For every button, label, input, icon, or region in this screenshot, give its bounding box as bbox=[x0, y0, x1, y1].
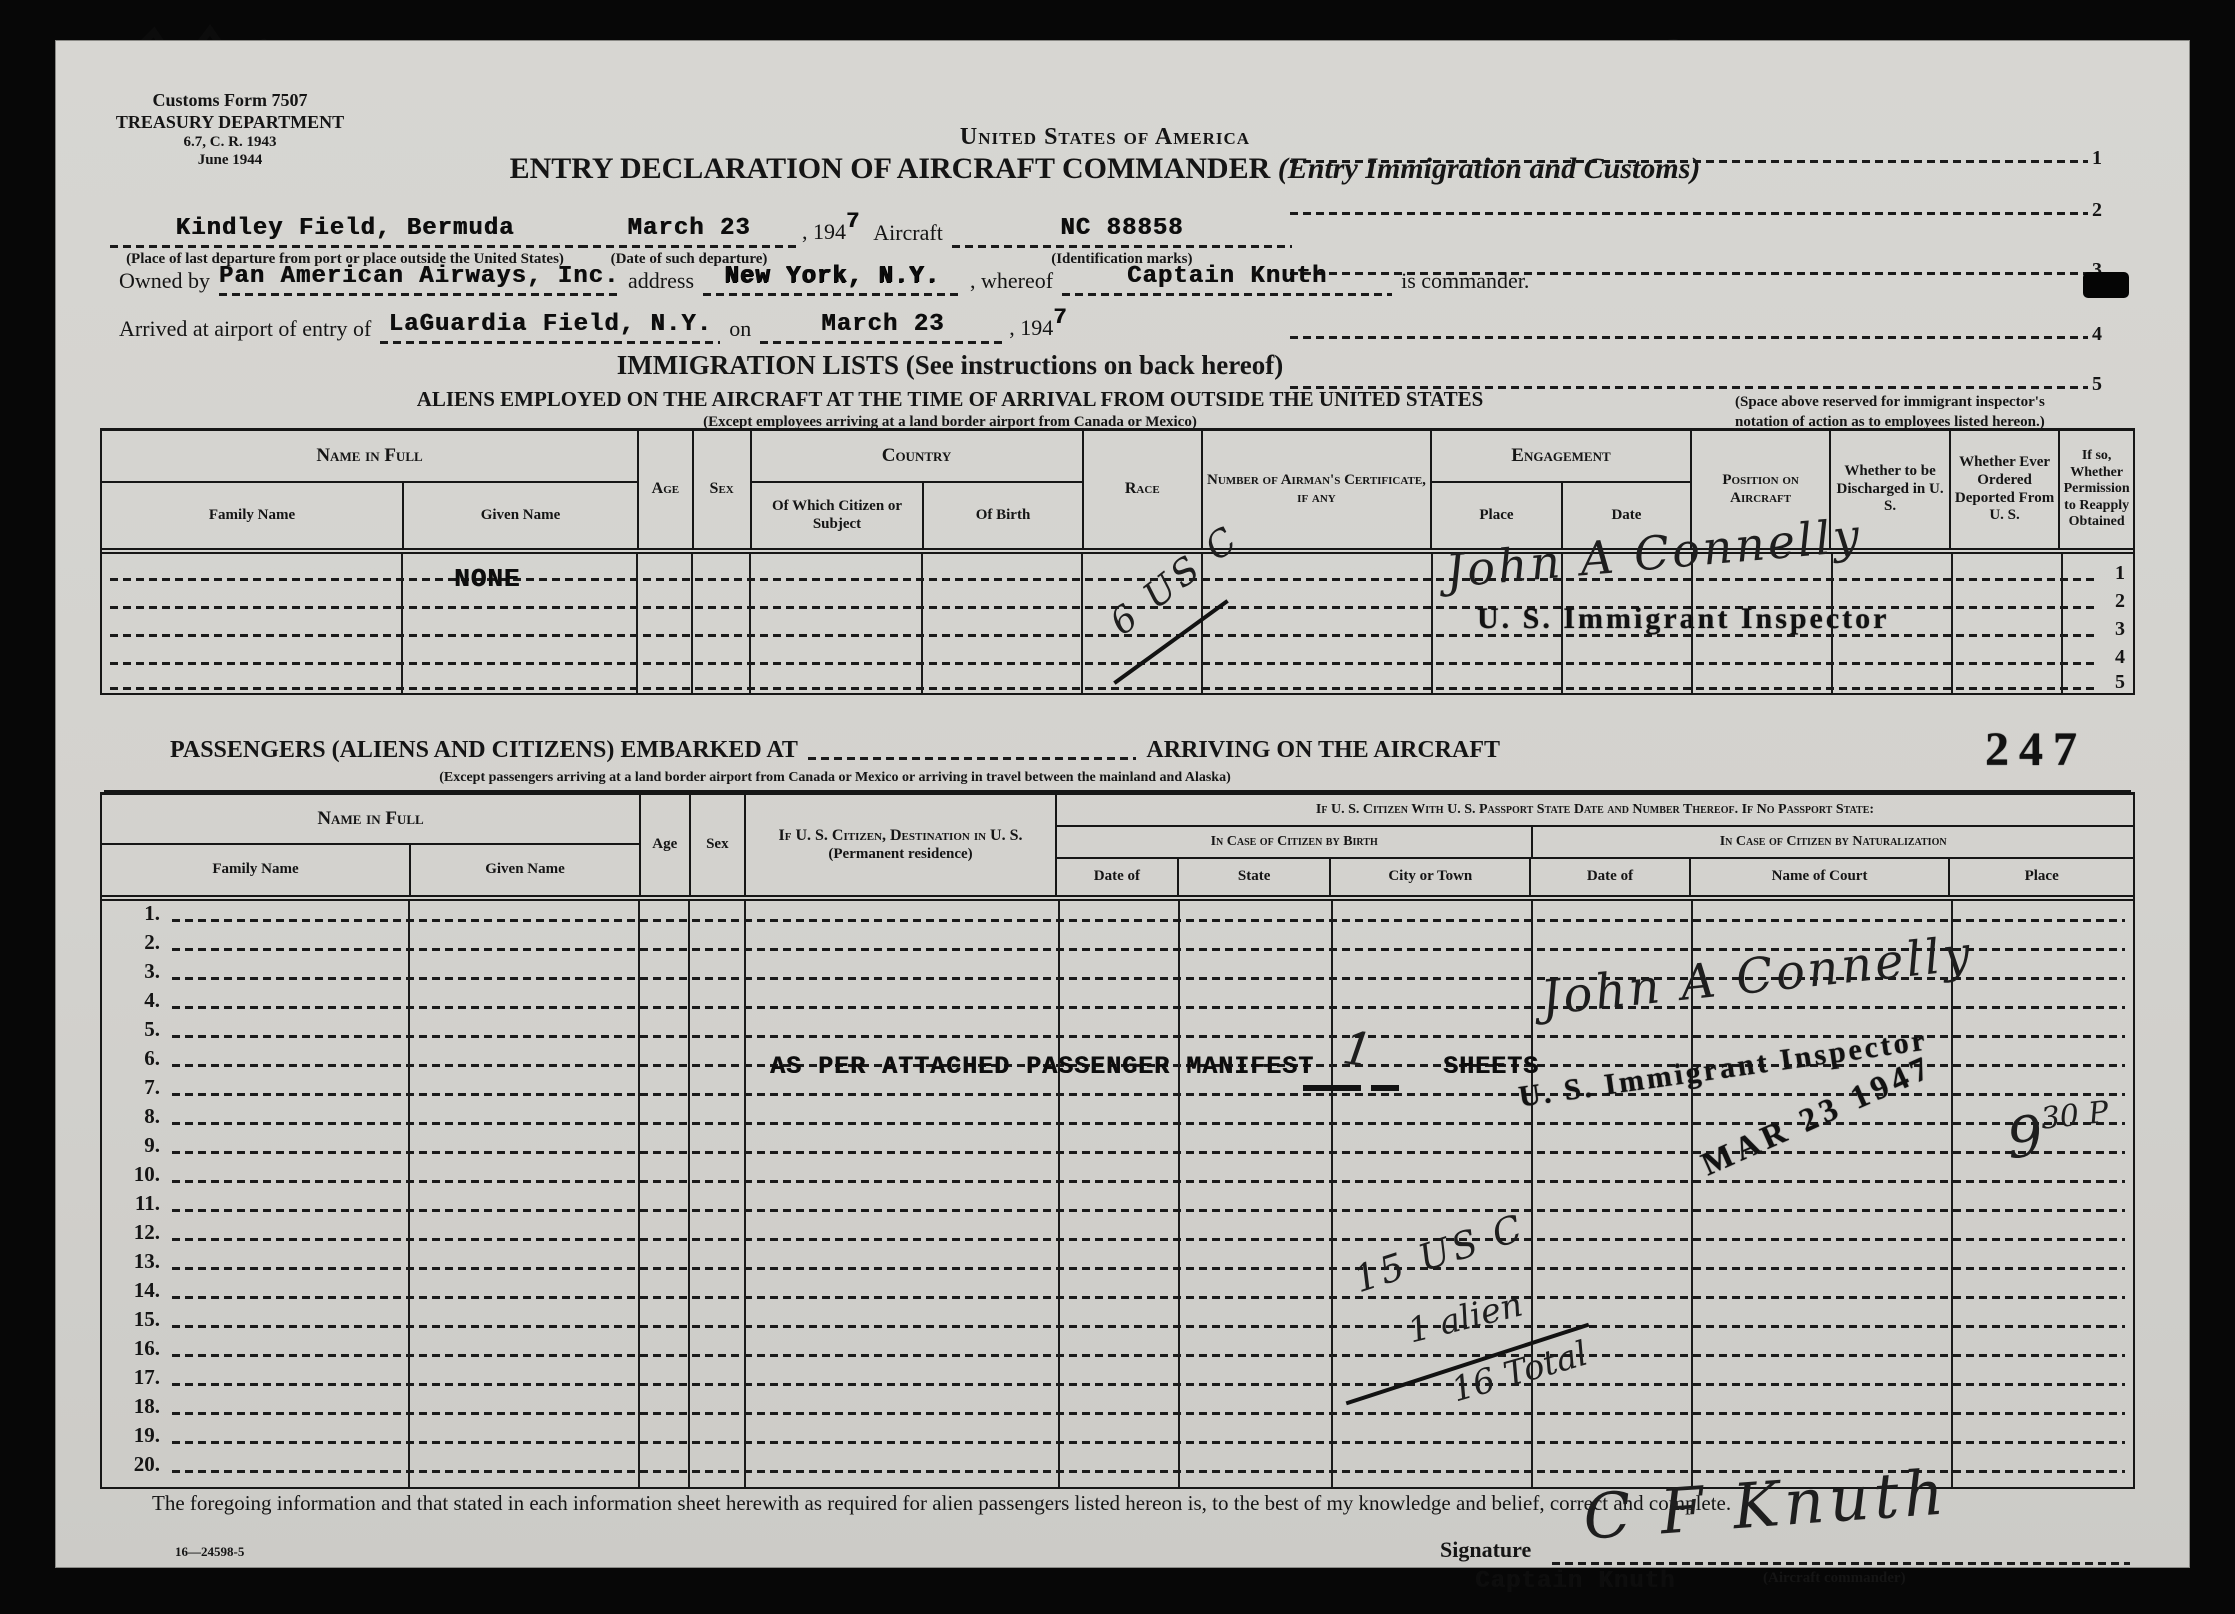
passengers-title-right: ARRIVING ON THE AIRCRAFT bbox=[1146, 737, 1500, 764]
immigration-lists-title: IMMIGRATION LISTS (See instructions on b… bbox=[100, 350, 1800, 381]
row-number: 3. bbox=[114, 959, 160, 984]
given-name-header: Given Name bbox=[402, 483, 637, 548]
dotted-rule bbox=[808, 757, 1136, 760]
row-number: 17. bbox=[114, 1365, 160, 1390]
column-rule bbox=[1531, 901, 1533, 1487]
row-number: 14. bbox=[114, 1278, 160, 1303]
row-number: 18. bbox=[114, 1394, 160, 1419]
departure-place-value: Kindley Field, Bermuda bbox=[176, 215, 515, 242]
col-name-in-full: Name in Full Family Name Given Name bbox=[102, 431, 637, 548]
name-group-header: Name in Full bbox=[102, 431, 637, 483]
immigrant-inspector-stamp-aliens: U. S. Immigrant Inspector bbox=[1477, 602, 1890, 636]
entry-row-rule bbox=[172, 1180, 2125, 1183]
entry-row-rule bbox=[172, 1006, 2125, 1009]
birth-date-header: Date of bbox=[1057, 859, 1177, 895]
passengers-heading: PASSENGERS (ALIENS AND CITIZENS) EMBARKE… bbox=[170, 732, 1500, 766]
margin-number: 1 bbox=[2092, 147, 2102, 170]
entry-row-rule bbox=[172, 1296, 2125, 1299]
print-code: 16—24598-5 bbox=[175, 1544, 244, 1560]
row-number: 13. bbox=[114, 1249, 160, 1274]
entry-row-rule bbox=[172, 1383, 2125, 1386]
race-header: Race bbox=[1082, 431, 1201, 548]
departure-place-field: Kindley Field, Bermuda (Place of last de… bbox=[110, 215, 580, 248]
arrival-airport-field: LaGuardia Field, N.Y. bbox=[380, 311, 720, 344]
row-number: 1. bbox=[114, 901, 160, 926]
entry-row-rule bbox=[172, 1441, 2125, 1444]
line-owner: Owned by Pan American Airways, Inc. addr… bbox=[110, 250, 1538, 296]
passport-group-header: If U. S. Citizen With U. S. Passport Sta… bbox=[1057, 795, 2133, 827]
address-label: address bbox=[619, 268, 703, 294]
departure-year: , 1947 bbox=[798, 219, 864, 246]
row-number: 15. bbox=[114, 1307, 160, 1332]
passengers-table: Name in Full Family Name Given Name Age … bbox=[100, 792, 2135, 1489]
arrival-date-value: March 23 bbox=[821, 311, 944, 338]
whereof-label: , whereof bbox=[961, 268, 1062, 294]
family-name-header: Family Name bbox=[102, 845, 409, 895]
citizen-of-header: Of Which Citizen or Subject bbox=[752, 483, 923, 548]
destination-header-text: If U. S. Citizen, Destination in U. S. bbox=[779, 827, 1023, 846]
dotted-rule bbox=[760, 341, 1005, 344]
inspector-space-note-line1: (Space above reserved for immigrant insp… bbox=[1735, 392, 2145, 412]
col-passport-group: If U. S. Citizen With U. S. Passport Sta… bbox=[1055, 795, 2133, 895]
aircraft-label: Aircraft bbox=[864, 220, 952, 246]
column-rule bbox=[688, 901, 690, 1487]
dotted-rule bbox=[952, 245, 1292, 248]
arrival-date-field: March 23 bbox=[760, 311, 1005, 344]
age-header: Age bbox=[637, 431, 692, 548]
handwritten-time-minutes: 30 P bbox=[2039, 1095, 2110, 1137]
row-number: 16. bbox=[114, 1336, 160, 1361]
birth-of-header: Of Birth bbox=[922, 483, 1081, 548]
entry-row-rule bbox=[172, 1412, 2125, 1415]
naturalization-date-header: Date of bbox=[1529, 859, 1689, 895]
aliens-employed-subtitle: ALIENS EMPLOYED ON THE AIRCRAFT AT THE T… bbox=[100, 387, 1800, 412]
dotted-rule bbox=[380, 341, 720, 344]
commander-typed-name: Captain Knuth bbox=[1475, 1568, 1675, 1595]
naturalization-group-header: In Case of Citizen by Naturalization bbox=[1531, 827, 2133, 857]
inspector-space-note: (Space above reserved for immigrant insp… bbox=[1735, 392, 2145, 433]
aircraft-field: NC 88858 (Identification marks) bbox=[952, 215, 1292, 248]
dotted-rule bbox=[110, 245, 580, 248]
naturalization-place-header: Place bbox=[1948, 859, 2133, 895]
row-number: 12. bbox=[114, 1220, 160, 1245]
entry-row-rule bbox=[172, 919, 2125, 922]
entry-row-rule bbox=[172, 1354, 2125, 1357]
commander-suffix: is commander. bbox=[1392, 268, 1538, 294]
column-rule bbox=[1951, 901, 1953, 1487]
entry-row-rule bbox=[172, 1325, 2125, 1328]
col-destination: If U. S. Citizen, Destination in U. S. (… bbox=[744, 795, 1055, 895]
arrival-airport-value: LaGuardia Field, N.Y. bbox=[389, 311, 712, 338]
entry-row-rule bbox=[110, 687, 2099, 690]
passengers-table-header: Name in Full Family Name Given Name Age … bbox=[102, 795, 2133, 895]
form-page: Customs Form 7507 TREASURY DEPARTMENT 6.… bbox=[55, 40, 2190, 1568]
margin-number: 4 bbox=[2092, 323, 2102, 346]
margin-line-1: 1 bbox=[1290, 140, 2102, 163]
col-country: Country Of Which Citizen or Subject Of B… bbox=[750, 431, 1082, 548]
row-number: 5. bbox=[114, 1017, 160, 1042]
entry-row-rule bbox=[110, 578, 2099, 581]
column-rule bbox=[744, 901, 746, 1487]
naturalization-court-header: Name of Court bbox=[1689, 859, 1949, 895]
departure-date-value: March 23 bbox=[627, 215, 750, 242]
airman-certificate-header: Number of Airman's Certificate, if any bbox=[1201, 431, 1430, 548]
dotted-rule bbox=[1062, 293, 1392, 296]
sheet-count-underline bbox=[1371, 1085, 1399, 1091]
row-number: 10. bbox=[114, 1162, 160, 1187]
line-arrival: Arrived at airport of entry of LaGuardia… bbox=[110, 298, 1072, 344]
dotted-rule bbox=[1290, 212, 2088, 215]
destination-subtext: (Permanent residence) bbox=[828, 846, 972, 864]
handwritten-time: 930 P bbox=[2004, 1097, 2114, 1172]
scanned-entry-declaration: { "scan": { "pencil_top_number": "2" }, … bbox=[0, 0, 2235, 1614]
entry-row-rule bbox=[172, 1151, 2125, 1154]
margin-line-2: 2 bbox=[1290, 192, 2102, 215]
row-number: 2. bbox=[114, 930, 160, 955]
row-number: 7. bbox=[114, 1075, 160, 1100]
column-rule bbox=[2061, 554, 2063, 693]
departure-year-digit: 7 bbox=[846, 209, 860, 234]
arrival-year-digit: 7 bbox=[1053, 305, 1067, 330]
column-rule bbox=[1331, 901, 1333, 1487]
column-rule bbox=[401, 554, 403, 693]
column-rule bbox=[1058, 901, 1060, 1487]
none-entry: NONE bbox=[454, 564, 520, 594]
column-rule bbox=[921, 554, 923, 693]
form-number: Customs Form 7507 bbox=[95, 90, 365, 112]
owner-field: Pan American Airways, Inc. bbox=[219, 263, 619, 296]
margin-number: 2 bbox=[2092, 199, 2102, 222]
dotted-rule bbox=[1290, 336, 2088, 339]
deported-header: Whether Ever Ordered Deported From U. S. bbox=[1949, 431, 2059, 548]
dotted-rule bbox=[1290, 160, 2088, 163]
row-number: 11. bbox=[114, 1191, 160, 1216]
column-rule bbox=[691, 554, 693, 693]
manifest-note: AS PER ATTACHED PASSENGER MANIFEST bbox=[770, 1052, 1314, 1081]
column-rule bbox=[1951, 554, 1953, 693]
margin-line-4: 4 bbox=[1290, 316, 2102, 339]
column-rule bbox=[636, 554, 638, 693]
birth-state-header: State bbox=[1177, 859, 1330, 895]
year-prefix: , 194 bbox=[1009, 315, 1053, 340]
entry-row-rule bbox=[172, 1267, 2125, 1270]
col-name-in-full: Name in Full Family Name Given Name bbox=[102, 795, 639, 895]
age-header: Age bbox=[639, 795, 689, 895]
year-prefix: , 194 bbox=[802, 219, 846, 244]
entry-row-rule bbox=[172, 1238, 2125, 1241]
birth-group-header: In Case of Citizen by Birth bbox=[1057, 827, 1531, 857]
column-rule bbox=[749, 554, 751, 693]
main-title-text: ENTRY DECLARATION OF AIRCRAFT COMMANDER bbox=[510, 152, 1271, 185]
signature-sublabel: (Aircraft commander) bbox=[1763, 1570, 1906, 1587]
sheet-count-underline bbox=[1303, 1085, 1361, 1091]
passengers-title-left: PASSENGERS (ALIENS AND CITIZENS) EMBARKE… bbox=[170, 737, 798, 764]
arrival-label: Arrived at airport of entry of bbox=[110, 316, 380, 342]
row-number: 1 bbox=[2115, 562, 2125, 585]
aircraft-value: NC 88858 bbox=[1060, 215, 1183, 242]
commander-value: Captain Knuth bbox=[1127, 263, 1327, 290]
name-group-header: Name in Full bbox=[102, 795, 639, 845]
passengers-subnote: (Except passengers arriving at a land bo… bbox=[170, 770, 1500, 786]
reapply-header: If so, Whether Permission to Reapply Obt… bbox=[2058, 431, 2133, 548]
row-number: 8. bbox=[114, 1104, 160, 1129]
row-number: 3 bbox=[2115, 618, 2125, 641]
sex-header: Sex bbox=[692, 431, 750, 548]
engagement-group-header: Engagement bbox=[1432, 431, 1690, 483]
given-name-header: Given Name bbox=[409, 845, 639, 895]
row-number: 4 bbox=[2115, 646, 2125, 669]
departure-date-field: March 23 (Date of such departure) bbox=[580, 215, 798, 248]
row-number: 19. bbox=[114, 1423, 160, 1448]
signature-label: Signature bbox=[1440, 1537, 1531, 1563]
ink-blotch bbox=[2083, 272, 2129, 298]
entry-row-rule bbox=[172, 1209, 2125, 1212]
row-number: 4. bbox=[114, 988, 160, 1013]
row-number: 5 bbox=[2115, 671, 2125, 694]
destination-header: If U. S. Citizen, Destination in U. S. (… bbox=[746, 795, 1055, 895]
manifest-note-suffix: SHEETS bbox=[1443, 1052, 1539, 1081]
row-number: 6. bbox=[114, 1046, 160, 1071]
dotted-rule bbox=[219, 293, 619, 296]
entry-row-rule bbox=[110, 662, 2099, 665]
address-field: New York, N.Y. bbox=[703, 263, 961, 296]
column-rule bbox=[1081, 554, 1083, 693]
line-departure: Kindley Field, Bermuda (Place of last de… bbox=[110, 198, 1292, 248]
signature-rule bbox=[1552, 1562, 2130, 1565]
row-number: 2 bbox=[2115, 590, 2125, 613]
commander-field: Captain Knuth bbox=[1062, 263, 1392, 296]
column-rule bbox=[638, 901, 640, 1487]
row-number: 9. bbox=[114, 1133, 160, 1158]
birth-city-header: City or Town bbox=[1329, 859, 1529, 895]
owner-value: Pan American Airways, Inc. bbox=[219, 263, 619, 290]
page-number-stamp: 247 bbox=[1985, 722, 2087, 777]
arrival-year: , 1947 bbox=[1005, 315, 1071, 342]
address-value: New York, N.Y. bbox=[724, 263, 940, 290]
row-number: 20. bbox=[114, 1452, 160, 1477]
department-name: TREASURY DEPARTMENT bbox=[95, 112, 365, 134]
family-name-header: Family Name bbox=[102, 483, 402, 548]
regulation-ref: 6.7, C. R. 1943 bbox=[95, 133, 365, 151]
dotted-rule bbox=[580, 245, 798, 248]
dotted-rule bbox=[703, 293, 961, 296]
owned-by-label: Owned by bbox=[110, 268, 219, 294]
column-rule bbox=[1431, 554, 1433, 693]
country-group-header: Country bbox=[752, 431, 1082, 483]
column-rule bbox=[408, 901, 410, 1487]
sex-header: Sex bbox=[689, 795, 745, 895]
on-label: on bbox=[720, 316, 760, 342]
column-rule bbox=[1178, 901, 1180, 1487]
